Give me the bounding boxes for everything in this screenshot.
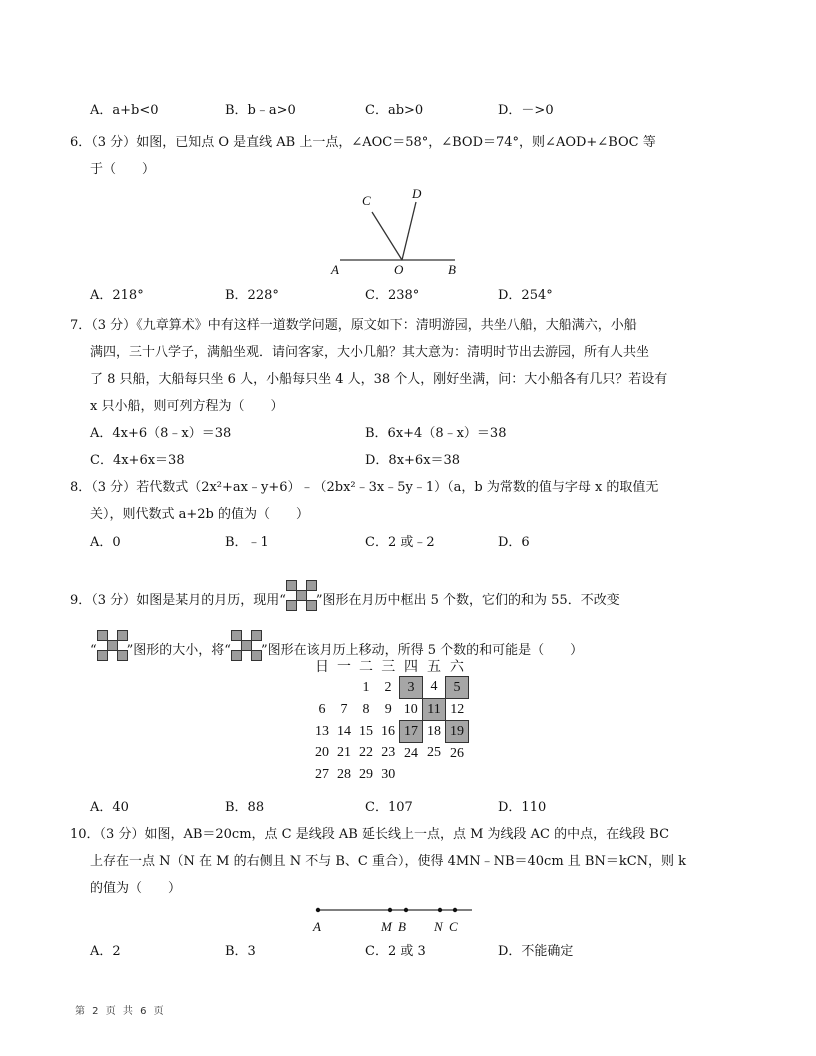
q9-stem-line1: 9．（3 分）如图是某月的月历，现用“”图形在月历中框出 5 个数，它们的和为 … (70, 580, 620, 610)
q9-option-d: D．110 (498, 800, 546, 816)
calendar-cell: 29 (355, 764, 377, 785)
q5-option-a: A．a+b<0 (90, 103, 159, 119)
x-shape-icon (97, 630, 127, 660)
calendar-header: 五 (423, 655, 446, 677)
calendar-header: 四 (400, 655, 423, 677)
q7-stem-line4: x 只小船，则可列方程为（ ） (90, 399, 283, 415)
calendar-cell: 18 (423, 721, 446, 743)
q8-points: （3 分） (91, 480, 136, 495)
calendar-cell: 27 (311, 764, 333, 785)
calendar-row: 27 28 29 30 (311, 764, 469, 785)
label-a: A (331, 262, 339, 278)
calendar-header: 六 (446, 655, 469, 677)
label-c: C (449, 919, 458, 935)
label-m: M (381, 919, 392, 935)
calendar-cell: 12 (446, 699, 469, 721)
q7-number: 7． (70, 318, 91, 333)
calendar-header-row: 日 一 二 三 四 五 六 (311, 655, 469, 677)
calendar-header: 二 (355, 655, 377, 677)
q9-text-d: ”图形的大小，将“ (127, 643, 231, 658)
q8-number: 8． (70, 480, 91, 495)
calendar-cell (311, 677, 333, 699)
calendar-cell: 13 (311, 721, 333, 743)
segment-diagram (310, 900, 480, 920)
q6-text: 如图，已知点 O 是直线 AB 上一点，∠AOC＝58°，∠BOD＝74°，则∠… (136, 135, 656, 150)
calendar-cell: 22 (355, 743, 377, 765)
q6-number: 6． (70, 135, 91, 150)
calendar-row: 13 14 15 16 17 18 19 (311, 721, 469, 743)
q9-text-b: ”图形在月历中框出 5 个数，它们的和为 55．不改变 (316, 593, 620, 608)
calendar-cell: 26 (446, 743, 469, 765)
q5-option-d: D．－>0 (498, 103, 554, 119)
q10-option-c: C．2 或 3 (365, 944, 426, 960)
calendar-cell: 2 (377, 677, 400, 699)
calendar-cell-highlighted: 11 (423, 699, 446, 721)
calendar-header: 一 (333, 655, 355, 677)
label-n: N (434, 919, 443, 935)
q8-stem-line2: 关），则代数式 a+2b 的值为（ ） (90, 507, 309, 523)
q7-points: （3 分） (91, 318, 136, 333)
calendar-cell: 8 (355, 699, 377, 721)
q6-option-d: D．254° (498, 288, 553, 304)
calendar-cell: 10 (400, 699, 423, 721)
label-b: B (398, 919, 406, 935)
q8-option-b: B．﹣1 (225, 535, 269, 551)
calendar-cell: 6 (311, 699, 333, 721)
calendar-cell: 28 (333, 764, 355, 785)
calendar-cell: 30 (377, 764, 400, 785)
q7-stem-line1: 7．（3 分）《九章算术》中有这样一道数学问题，原文如下：清明游园，共坐八船，大… (70, 318, 637, 334)
q7-stem-line3: 了 8 只船，大船每只坐 6 人，小船每只坐 4 人，38 个人，刚好坐满，问：… (90, 372, 667, 388)
q9-points: （3 分） (91, 593, 136, 608)
label-a: A (313, 919, 321, 935)
calendar-cell-highlighted: 17 (400, 721, 423, 743)
q8-stem-line1: 8．（3 分）若代数式（2x²+ax﹣y+6）﹣（2bx²﹣3x﹣5y﹣1）（a… (70, 480, 658, 496)
q8-option-c: C．2 或﹣2 (365, 535, 435, 551)
calendar-cell (333, 677, 355, 699)
q6-option-c: C．238° (365, 288, 419, 304)
calendar-row: 1 2 3 4 5 (311, 677, 469, 699)
q6-stem-line2: 于（ ） (90, 162, 155, 178)
calendar-cell: 24 (400, 743, 423, 765)
q10-stem-line2: 上存在一点 N（N 在 M 的右侧且 N 不与 B、C 重合），使得 4MN﹣N… (90, 854, 686, 870)
calendar-row: 20 21 22 23 24 25 26 (311, 743, 469, 765)
calendar-cell-highlighted: 5 (446, 677, 469, 699)
q7-text: 《九章算术》中有这样一道数学问题，原文如下：清明游园，共坐八船，大船满六，小船 (136, 318, 637, 333)
q7-option-c: C．4x+6x＝38 (90, 453, 185, 469)
calendar-cell: 15 (355, 721, 377, 743)
calendar-cell (446, 764, 469, 785)
q10-stem-line1: 10．（3 分）如图，AB＝20cm，点 C 是线段 AB 延长线上一点，点 M… (70, 827, 669, 843)
label-c: C (362, 193, 371, 209)
q8-option-a: A．0 (90, 535, 121, 551)
calendar: 日 一 二 三 四 五 六 1 2 3 4 5 6 7 8 9 (311, 655, 469, 785)
q10-points: （3 分） (100, 827, 145, 842)
q10-option-d: D．不能确定 (498, 944, 573, 960)
label-d: D (412, 186, 421, 202)
q8-text: 若代数式（2x²+ax﹣y+6）﹣（2bx²﹣3x﹣5y﹣1）（a，b 为常数的… (136, 480, 658, 495)
q10-text: 如图，AB＝20cm，点 C 是线段 AB 延长线上一点，点 M 为线段 AC … (144, 827, 669, 842)
calendar-cell (400, 764, 423, 785)
q8-option-d: D．6 (498, 535, 530, 551)
q9-option-b: B．88 (225, 800, 264, 816)
calendar-header: 日 (311, 655, 333, 677)
calendar-cell-highlighted: 19 (446, 721, 469, 743)
q6-points: （3 分） (91, 135, 136, 150)
calendar-cell: 21 (333, 743, 355, 765)
calendar-row: 6 7 8 9 10 11 12 (311, 699, 469, 721)
q7-stem-line2: 满四，三十八学子，满船坐观．请问客家，大小几船？其大意为：清明时节出去游园，所有… (90, 345, 649, 361)
calendar-cell: 14 (333, 721, 355, 743)
q9-text-c: “ (90, 643, 97, 658)
page-footer: 第 2 页 共 6 页 (75, 1002, 166, 1017)
q9-option-a: A．40 (90, 800, 129, 816)
q6-option-a: A．218° (90, 288, 144, 304)
q10-option-a: A．2 (90, 944, 121, 960)
q7-option-a: A．4x+6（8﹣x）＝38 (90, 426, 231, 442)
q10-stem-line3: 的值为（ ） (90, 881, 181, 897)
calendar-header: 三 (377, 655, 400, 677)
q10-number: 10． (70, 827, 100, 842)
q10-option-b: B．3 (225, 944, 256, 960)
calendar-cell: 9 (377, 699, 400, 721)
calendar-cell: 23 (377, 743, 400, 765)
calendar-cell: 16 (377, 721, 400, 743)
x-shape-icon (286, 580, 316, 610)
x-shape-icon (231, 630, 261, 660)
calendar-cell: 7 (333, 699, 355, 721)
q7-option-d: D．8x+6x＝38 (365, 453, 460, 469)
calendar-cell: 20 (311, 743, 333, 765)
calendar-cell-highlighted: 3 (400, 677, 423, 699)
q9-number: 9． (70, 593, 91, 608)
q5-option-c: C．ab>0 (365, 103, 423, 119)
calendar-cell (423, 764, 446, 785)
q9-option-c: C．107 (365, 800, 413, 816)
calendar-cell: 1 (355, 677, 377, 699)
label-o: O (394, 262, 403, 278)
calendar-cell: 4 (423, 677, 446, 699)
q6-option-b: B．228° (225, 288, 279, 304)
q9-text-a: 如图是某月的月历，现用“ (136, 593, 286, 608)
q7-option-b: B．6x+4（8﹣x）＝38 (365, 426, 506, 442)
q5-option-b: B．b﹣a>0 (225, 103, 296, 119)
q6-stem-line1: 6．（3 分）如图，已知点 O 是直线 AB 上一点，∠AOC＝58°，∠BOD… (70, 135, 656, 151)
label-b: B (448, 262, 456, 278)
calendar-cell: 25 (423, 743, 446, 765)
